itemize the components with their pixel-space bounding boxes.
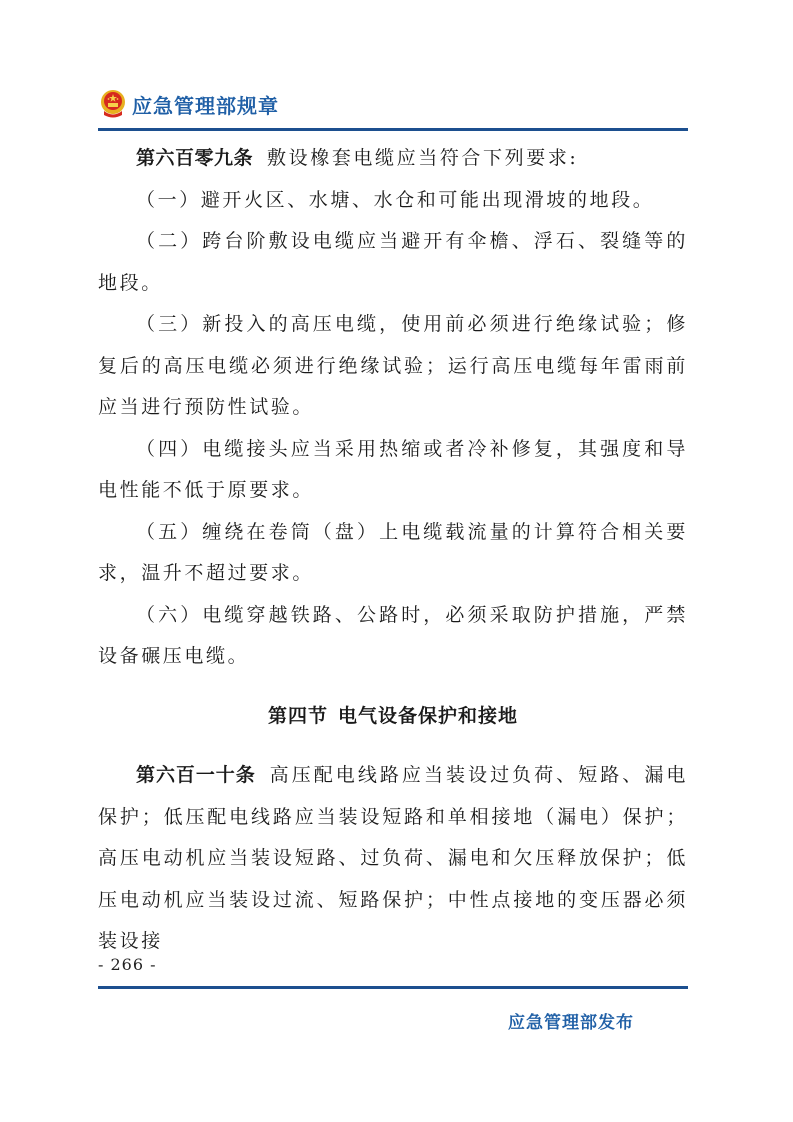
article-609-item-1: （一）避开火区、水塘、水仓和可能出现滑坡的地段。 (98, 180, 688, 222)
article-609-item-2: （二）跨台阶敷设电缆应当避开有伞檐、浮石、裂缝等的地段。 (98, 221, 688, 304)
article-609-intro-text: 敷设橡套电缆应当符合下列要求: (267, 147, 578, 169)
article-609-label: 第六百零九条 (136, 147, 253, 169)
page-number: - 266 - (98, 955, 157, 974)
article-610-text: 高压配电线路应当装设过负荷、短路、漏电保护；低压配电线路应当装设短路和单相接地（… (98, 764, 688, 952)
national-emblem-icon (100, 89, 126, 119)
section-number: 第四节 (268, 705, 328, 727)
article-609-item-4: （四）电缆接头应当采用热缩或者冷补修复，其强度和导电性能不低于原要求。 (98, 429, 688, 512)
article-610: 第六百一十条高压配电线路应当装设过负荷、短路、漏电保护；低压配电线路应当装设短路… (98, 755, 688, 963)
article-609-item-3: （三）新投入的高压电缆，使用前必须进行绝缘试验；修复后的高压电缆必须进行绝缘试验… (98, 304, 688, 429)
section-title-text: 电气设备保护和接地 (338, 705, 518, 727)
document-body: 第六百零九条敷设橡套电缆应当符合下列要求: （一）避开火区、水塘、水仓和可能出现… (98, 138, 688, 963)
header-divider (98, 128, 688, 131)
section-heading: 第四节电气设备保护和接地 (98, 696, 688, 738)
header-title: 应急管理部规章 (132, 90, 279, 119)
article-610-label: 第六百一十条 (136, 764, 256, 786)
article-609-item-6: （六）电缆穿越铁路、公路时，必须采取防护措施，严禁设备碾压电缆。 (98, 595, 688, 678)
page-header: 应急管理部规章 (100, 84, 279, 124)
article-609-item-5: （五）缠绕在卷筒（盘）上电缆载流量的计算符合相关要求，温升不超过要求。 (98, 512, 688, 595)
article-609-intro: 第六百零九条敷设橡套电缆应当符合下列要求: (98, 138, 688, 180)
footer-divider (98, 986, 688, 989)
footer-publisher: 应急管理部发布 (508, 1008, 634, 1033)
